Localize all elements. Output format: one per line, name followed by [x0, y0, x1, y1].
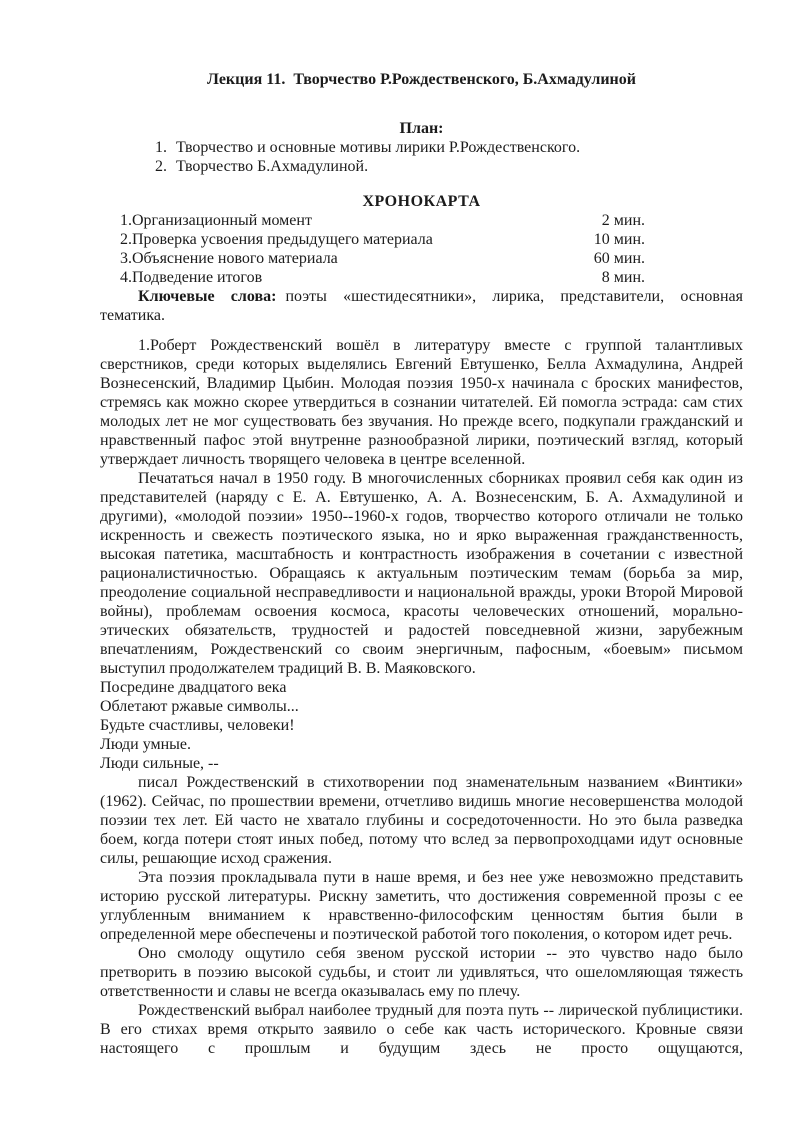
chronocard-row: 1.Организационный момент 2 мин.	[100, 211, 743, 230]
chronocard-row-time: 8 мин.	[602, 268, 743, 287]
body-paragraph-6: Рождественский выбрал наиболее трудный д…	[100, 1001, 743, 1058]
plan-item-number: 2.	[155, 157, 176, 176]
chronocard-table: 1.Организационный момент 2 мин. 2.Провер…	[100, 211, 743, 287]
body-paragraph-4: Эта поэзия прокладывала пути в наше врем…	[100, 868, 743, 944]
plan-list: 1. Творчество и основные мотивы лирики Р…	[155, 138, 743, 176]
keywords-paragraph: Ключевые слова:поэты «шестидесятники», л…	[100, 287, 743, 325]
plan-item: 2. Творчество Б.Ахмадулиной.	[155, 157, 743, 176]
chronocard-heading: ХРОНОКАРТА	[100, 192, 743, 211]
chronocard-row-label: 4.Подведение итогов	[100, 268, 602, 287]
document-title: Лекция 11. Творчество Р.Рождественского,…	[100, 70, 743, 89]
poem-line: Люди сильные, --	[100, 754, 743, 773]
poem-line: Посредине двадцатого века	[100, 678, 743, 697]
poem-line: Люди умные.	[100, 735, 743, 754]
poem-quote: Посредине двадцатого века Облетают ржавы…	[100, 678, 743, 773]
chronocard-row-time: 10 мин.	[594, 230, 743, 249]
plan-item: 1. Творчество и основные мотивы лирики Р…	[155, 138, 743, 157]
chronocard-row-time: 60 мин.	[594, 249, 743, 268]
poem-line: Облетают ржавые символы...	[100, 697, 743, 716]
chronocard-row: 2.Проверка усвоения предыдущего материал…	[100, 230, 743, 249]
chronocard-row-label: 1.Организационный момент	[100, 211, 602, 230]
body-paragraph-5: Оно смолоду ощутило себя звеном русской …	[100, 944, 743, 1001]
body-paragraph-3: писал Рождественский в стихотворении под…	[100, 773, 743, 868]
document-page: Лекция 11. Творчество Р.Рождественского,…	[0, 0, 800, 1131]
body-paragraph-1: 1.Роберт Рождественский вошёл в литерату…	[100, 336, 743, 469]
chronocard-row: 4.Подведение итогов 8 мин.	[100, 268, 743, 287]
chronocard-row: 3.Объяснение нового материала 60 мин.	[100, 249, 743, 268]
plan-item-number: 1.	[155, 138, 176, 157]
plan-heading: План:	[100, 119, 743, 138]
keywords-label: Ключевые слова:	[138, 288, 276, 305]
chronocard-row-label: 2.Проверка усвоения предыдущего материал…	[100, 230, 594, 249]
body-paragraph-2: Печататься начал в 1950 году. В многочис…	[100, 469, 743, 678]
poem-line: Будьте счастливы, человеки!	[100, 716, 743, 735]
plan-item-text: Творчество Б.Ахмадулиной.	[176, 157, 368, 176]
chronocard-row-label: 3.Объяснение нового материала	[100, 249, 594, 268]
plan-item-text: Творчество и основные мотивы лирики Р.Ро…	[176, 138, 580, 157]
chronocard-row-time: 2 мин.	[602, 211, 743, 230]
